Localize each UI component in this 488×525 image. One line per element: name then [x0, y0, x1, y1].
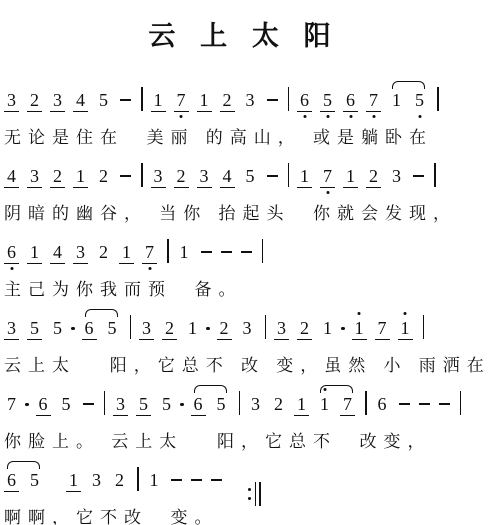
- note-digit: 3: [274, 318, 289, 340]
- note-digit: 5: [159, 394, 174, 416]
- note: 1: [151, 90, 166, 112]
- note: 2: [217, 318, 232, 340]
- note: 4: [220, 166, 235, 188]
- tie-group: 17: [317, 394, 363, 416]
- notes-line: 651321: [4, 455, 484, 497]
- note-digit: 2: [112, 470, 127, 492]
- duration-dash: [419, 403, 430, 405]
- note-digit: 1: [352, 318, 367, 340]
- note: 3: [73, 242, 88, 264]
- system: 3234517123656715无论是住在 美丽 的高山， 或是躺卧在: [4, 75, 484, 151]
- note: 2: [162, 318, 177, 340]
- note: 2: [112, 470, 127, 492]
- low-octave-dot: [148, 267, 151, 270]
- augmentation-dot: [25, 403, 29, 407]
- note: 2: [27, 90, 42, 112]
- song-title: 云 上 太 阳: [4, 14, 484, 53]
- system: 651321啊啊，它不改 变。: [4, 455, 484, 525]
- note-digit: 2: [50, 166, 65, 188]
- note: 3: [4, 90, 19, 112]
- note: 2: [297, 318, 312, 340]
- note-digit: 6: [4, 242, 19, 264]
- duration-dash: [221, 251, 232, 253]
- augmentation-dot: [71, 327, 75, 331]
- note-digit: 4: [73, 90, 88, 112]
- repeat-dot: [248, 497, 251, 500]
- note-digit: 1: [398, 318, 413, 340]
- note-digit: 6: [36, 394, 51, 416]
- note-digit: 3: [151, 166, 166, 188]
- tie-arc: [85, 309, 118, 317]
- note-digit: 6: [82, 318, 97, 340]
- note: 1: [185, 318, 200, 340]
- note-digit: 6: [191, 394, 206, 416]
- note: 6: [343, 90, 358, 112]
- note-digit: 6: [375, 394, 390, 416]
- barline: [262, 239, 264, 263]
- note-digit: 1: [297, 166, 312, 188]
- note-digit: 7: [320, 166, 335, 188]
- duration-dash: [267, 99, 278, 101]
- note: 3: [27, 166, 42, 188]
- note: 5: [27, 470, 42, 492]
- note: 1: [119, 242, 134, 264]
- barline: [104, 391, 106, 415]
- note: 1: [177, 242, 192, 264]
- tie-group: 15: [389, 90, 435, 112]
- barline: [434, 163, 436, 187]
- note-digit: 5: [96, 90, 111, 112]
- lyrics-line: 云上太 阳，它总不 改 变，虽然 小 雨洒在: [4, 351, 484, 376]
- note: 2: [366, 166, 381, 188]
- note: 3: [50, 90, 65, 112]
- note-digit: 1: [147, 470, 162, 492]
- system: 76535565321176你脸上。 云上太 阳，它总不 改变，: [4, 379, 484, 455]
- tie-arc: [194, 385, 227, 393]
- note-digit: 7: [142, 242, 157, 264]
- note: 6: [297, 90, 312, 112]
- note: 3: [243, 90, 258, 112]
- note-digit: 2: [297, 318, 312, 340]
- note: 5: [96, 90, 111, 112]
- note: 7: [320, 166, 335, 188]
- note: 1: [66, 470, 81, 492]
- duration-dash: [241, 251, 252, 253]
- duration-dash: [120, 175, 131, 177]
- augmentation-dot: [341, 327, 345, 331]
- note-digit: 2: [96, 242, 111, 264]
- note-digit: 2: [27, 90, 42, 112]
- note-digit: 5: [214, 394, 229, 416]
- tie-group: 65: [191, 394, 237, 416]
- note: 5: [136, 394, 151, 416]
- duration-dash: [413, 175, 424, 177]
- note-digit: 1: [317, 394, 332, 416]
- low-octave-dot: [303, 115, 306, 118]
- note-digit: 1: [197, 90, 212, 112]
- note: 2: [96, 166, 111, 188]
- note: 7: [174, 90, 189, 112]
- lyrics-line: 无论是住在 美丽 的高山， 或是躺卧在: [4, 123, 484, 148]
- note-digit: 7: [174, 90, 189, 112]
- notes-line: 432123234517123: [4, 151, 484, 193]
- thin-barline: [255, 482, 257, 506]
- notes-line: 61432171: [4, 227, 484, 269]
- note-digit: 5: [105, 318, 120, 340]
- barline: [288, 163, 290, 187]
- duration-dash: [201, 251, 212, 253]
- low-octave-dot: [180, 115, 183, 118]
- note: 1: [297, 166, 312, 188]
- note-digit: 7: [366, 90, 381, 112]
- duration-dash: [120, 99, 131, 101]
- tie-arc: [7, 461, 40, 469]
- note: 3: [151, 166, 166, 188]
- system: 3556532123321171云上太 阳，它总不 改 变，虽然 小 雨洒在: [4, 303, 484, 379]
- note: 6: [82, 318, 97, 340]
- note-digit: 7: [375, 318, 390, 340]
- note-digit: 3: [389, 166, 404, 188]
- system: 432123234517123阴暗的幽谷， 当你 抬起头 你就会发现，: [4, 151, 484, 227]
- note-digit: 2: [217, 318, 232, 340]
- note: 1: [398, 318, 413, 340]
- note-digit: 1: [27, 242, 42, 264]
- high-octave-dot: [358, 312, 361, 315]
- note: 7: [340, 394, 355, 416]
- barline: [437, 87, 439, 111]
- high-octave-dot: [323, 388, 326, 391]
- note: 1: [389, 90, 404, 112]
- note-digit: 2: [220, 90, 235, 112]
- note-digit: 7: [340, 394, 355, 416]
- score: 3234517123656715无论是住在 美丽 的高山， 或是躺卧在43212…: [4, 75, 484, 525]
- note-digit: 2: [162, 318, 177, 340]
- note-digit: 3: [73, 242, 88, 264]
- note-digit: 1: [389, 90, 404, 112]
- tie-arc: [392, 81, 425, 89]
- note: 7: [142, 242, 157, 264]
- tie-group: 65: [82, 318, 128, 340]
- barline: [167, 239, 169, 263]
- low-octave-dot: [372, 115, 375, 118]
- notes-line: 3234517123656715: [4, 75, 484, 117]
- note: 1: [317, 394, 332, 416]
- note-digit: 3: [89, 470, 104, 492]
- duration-dash: [267, 175, 278, 177]
- barline: [365, 391, 367, 415]
- note: 3: [89, 470, 104, 492]
- note: 5: [59, 394, 74, 416]
- note: 7: [4, 394, 19, 416]
- note: 3: [4, 318, 19, 340]
- note: 6: [191, 394, 206, 416]
- augmentation-dot: [180, 403, 184, 407]
- note: 1: [147, 470, 162, 492]
- note: 5: [105, 318, 120, 340]
- note: 5: [214, 394, 229, 416]
- barline: [423, 315, 425, 339]
- note: 4: [73, 90, 88, 112]
- note-digit: 1: [320, 318, 335, 340]
- note-digit: 5: [50, 318, 65, 340]
- low-octave-dot: [10, 267, 13, 270]
- barline: [460, 391, 462, 415]
- note: 7: [375, 318, 390, 340]
- low-octave-dot: [326, 115, 329, 118]
- note-digit: 1: [177, 242, 192, 264]
- note: 3: [240, 318, 255, 340]
- duration-dash: [171, 479, 182, 481]
- note-digit: 5: [320, 90, 335, 112]
- note: 3: [197, 166, 212, 188]
- note: 2: [271, 394, 286, 416]
- note: 1: [294, 394, 309, 416]
- note-digit: 1: [343, 166, 358, 188]
- note: 1: [352, 318, 367, 340]
- note: 1: [73, 166, 88, 188]
- note-digit: 5: [27, 470, 42, 492]
- tie-group: 65: [4, 470, 50, 492]
- augmentation-dot: [206, 327, 210, 331]
- barline: [141, 163, 143, 187]
- note: 2: [174, 166, 189, 188]
- note: 6: [4, 470, 19, 492]
- note-digit: 4: [4, 166, 19, 188]
- note-digit: 2: [96, 166, 111, 188]
- note: 7: [366, 90, 381, 112]
- duration-dash: [191, 479, 202, 481]
- note-digit: 3: [4, 90, 19, 112]
- note-digit: 4: [220, 166, 235, 188]
- note: 5: [159, 394, 174, 416]
- note: 5: [243, 166, 258, 188]
- low-octave-dot: [349, 115, 352, 118]
- note-digit: 7: [4, 394, 19, 416]
- lyrics-line: 主己为你我而预 备。: [4, 275, 484, 300]
- note: 6: [4, 242, 19, 264]
- note-digit: 2: [366, 166, 381, 188]
- high-octave-dot: [404, 312, 407, 315]
- duration-dash: [83, 403, 94, 405]
- note: 3: [248, 394, 263, 416]
- note-digit: 2: [174, 166, 189, 188]
- low-octave-dot: [326, 191, 329, 194]
- note: 5: [412, 90, 427, 112]
- note: 3: [139, 318, 154, 340]
- note-digit: 3: [27, 166, 42, 188]
- note-digit: 3: [240, 318, 255, 340]
- note-digit: 5: [27, 318, 42, 340]
- note: 3: [113, 394, 128, 416]
- note-digit: 3: [243, 90, 258, 112]
- lyrics-line: 啊啊，它不改 变。: [4, 503, 484, 525]
- barline: [239, 391, 241, 415]
- duration-dash: [439, 403, 450, 405]
- note-digit: 3: [50, 90, 65, 112]
- note-digit: 1: [294, 394, 309, 416]
- note-digit: 3: [248, 394, 263, 416]
- note: 2: [96, 242, 111, 264]
- note-digit: 4: [50, 242, 65, 264]
- duration-dash: [399, 403, 410, 405]
- repeat-dot: [248, 488, 251, 491]
- system: 61432171主己为你我而预 备。: [4, 227, 484, 303]
- note-digit: 1: [185, 318, 200, 340]
- note-digit: 2: [271, 394, 286, 416]
- note: 5: [320, 90, 335, 112]
- note-digit: 5: [412, 90, 427, 112]
- note: 4: [4, 166, 19, 188]
- barline: [130, 315, 132, 339]
- note: 1: [320, 318, 335, 340]
- lyrics-line: 阴暗的幽谷， 当你 抬起头 你就会发现，: [4, 199, 484, 224]
- barline: [265, 315, 267, 339]
- notes-line: 76535565321176: [4, 379, 484, 421]
- note: 1: [343, 166, 358, 188]
- note-digit: 1: [73, 166, 88, 188]
- note-digit: 5: [136, 394, 151, 416]
- note-digit: 5: [243, 166, 258, 188]
- note-digit: 3: [4, 318, 19, 340]
- note: 2: [50, 166, 65, 188]
- note: 6: [375, 394, 390, 416]
- note: 6: [36, 394, 51, 416]
- note-digit: 3: [197, 166, 212, 188]
- note-digit: 3: [113, 394, 128, 416]
- barline: [288, 87, 290, 111]
- note: 1: [27, 242, 42, 264]
- song-sheet: 云 上 太 阳 3234517123656715无论是住在 美丽 的高山， 或是…: [0, 0, 488, 525]
- repeat-end-barline: [248, 482, 262, 506]
- note-digit: 1: [119, 242, 134, 264]
- barline: [137, 467, 139, 491]
- note: 3: [389, 166, 404, 188]
- thick-barline: [259, 482, 262, 506]
- note-digit: 1: [66, 470, 81, 492]
- barline: [141, 87, 143, 111]
- notes-line: 3556532123321171: [4, 303, 484, 345]
- duration-dash: [211, 479, 222, 481]
- note: 1: [197, 90, 212, 112]
- note: 2: [220, 90, 235, 112]
- repeat-dots: [248, 488, 251, 500]
- note: 5: [50, 318, 65, 340]
- low-octave-dot: [418, 115, 421, 118]
- note: 5: [27, 318, 42, 340]
- note: 4: [50, 242, 65, 264]
- note-digit: 6: [297, 90, 312, 112]
- lyrics-line: 你脸上。 云上太 阳，它总不 改变，: [4, 427, 484, 452]
- note-digit: 6: [4, 470, 19, 492]
- note-digit: 1: [151, 90, 166, 112]
- note: 3: [274, 318, 289, 340]
- note-digit: 5: [59, 394, 74, 416]
- note-digit: 6: [343, 90, 358, 112]
- note-digit: 3: [139, 318, 154, 340]
